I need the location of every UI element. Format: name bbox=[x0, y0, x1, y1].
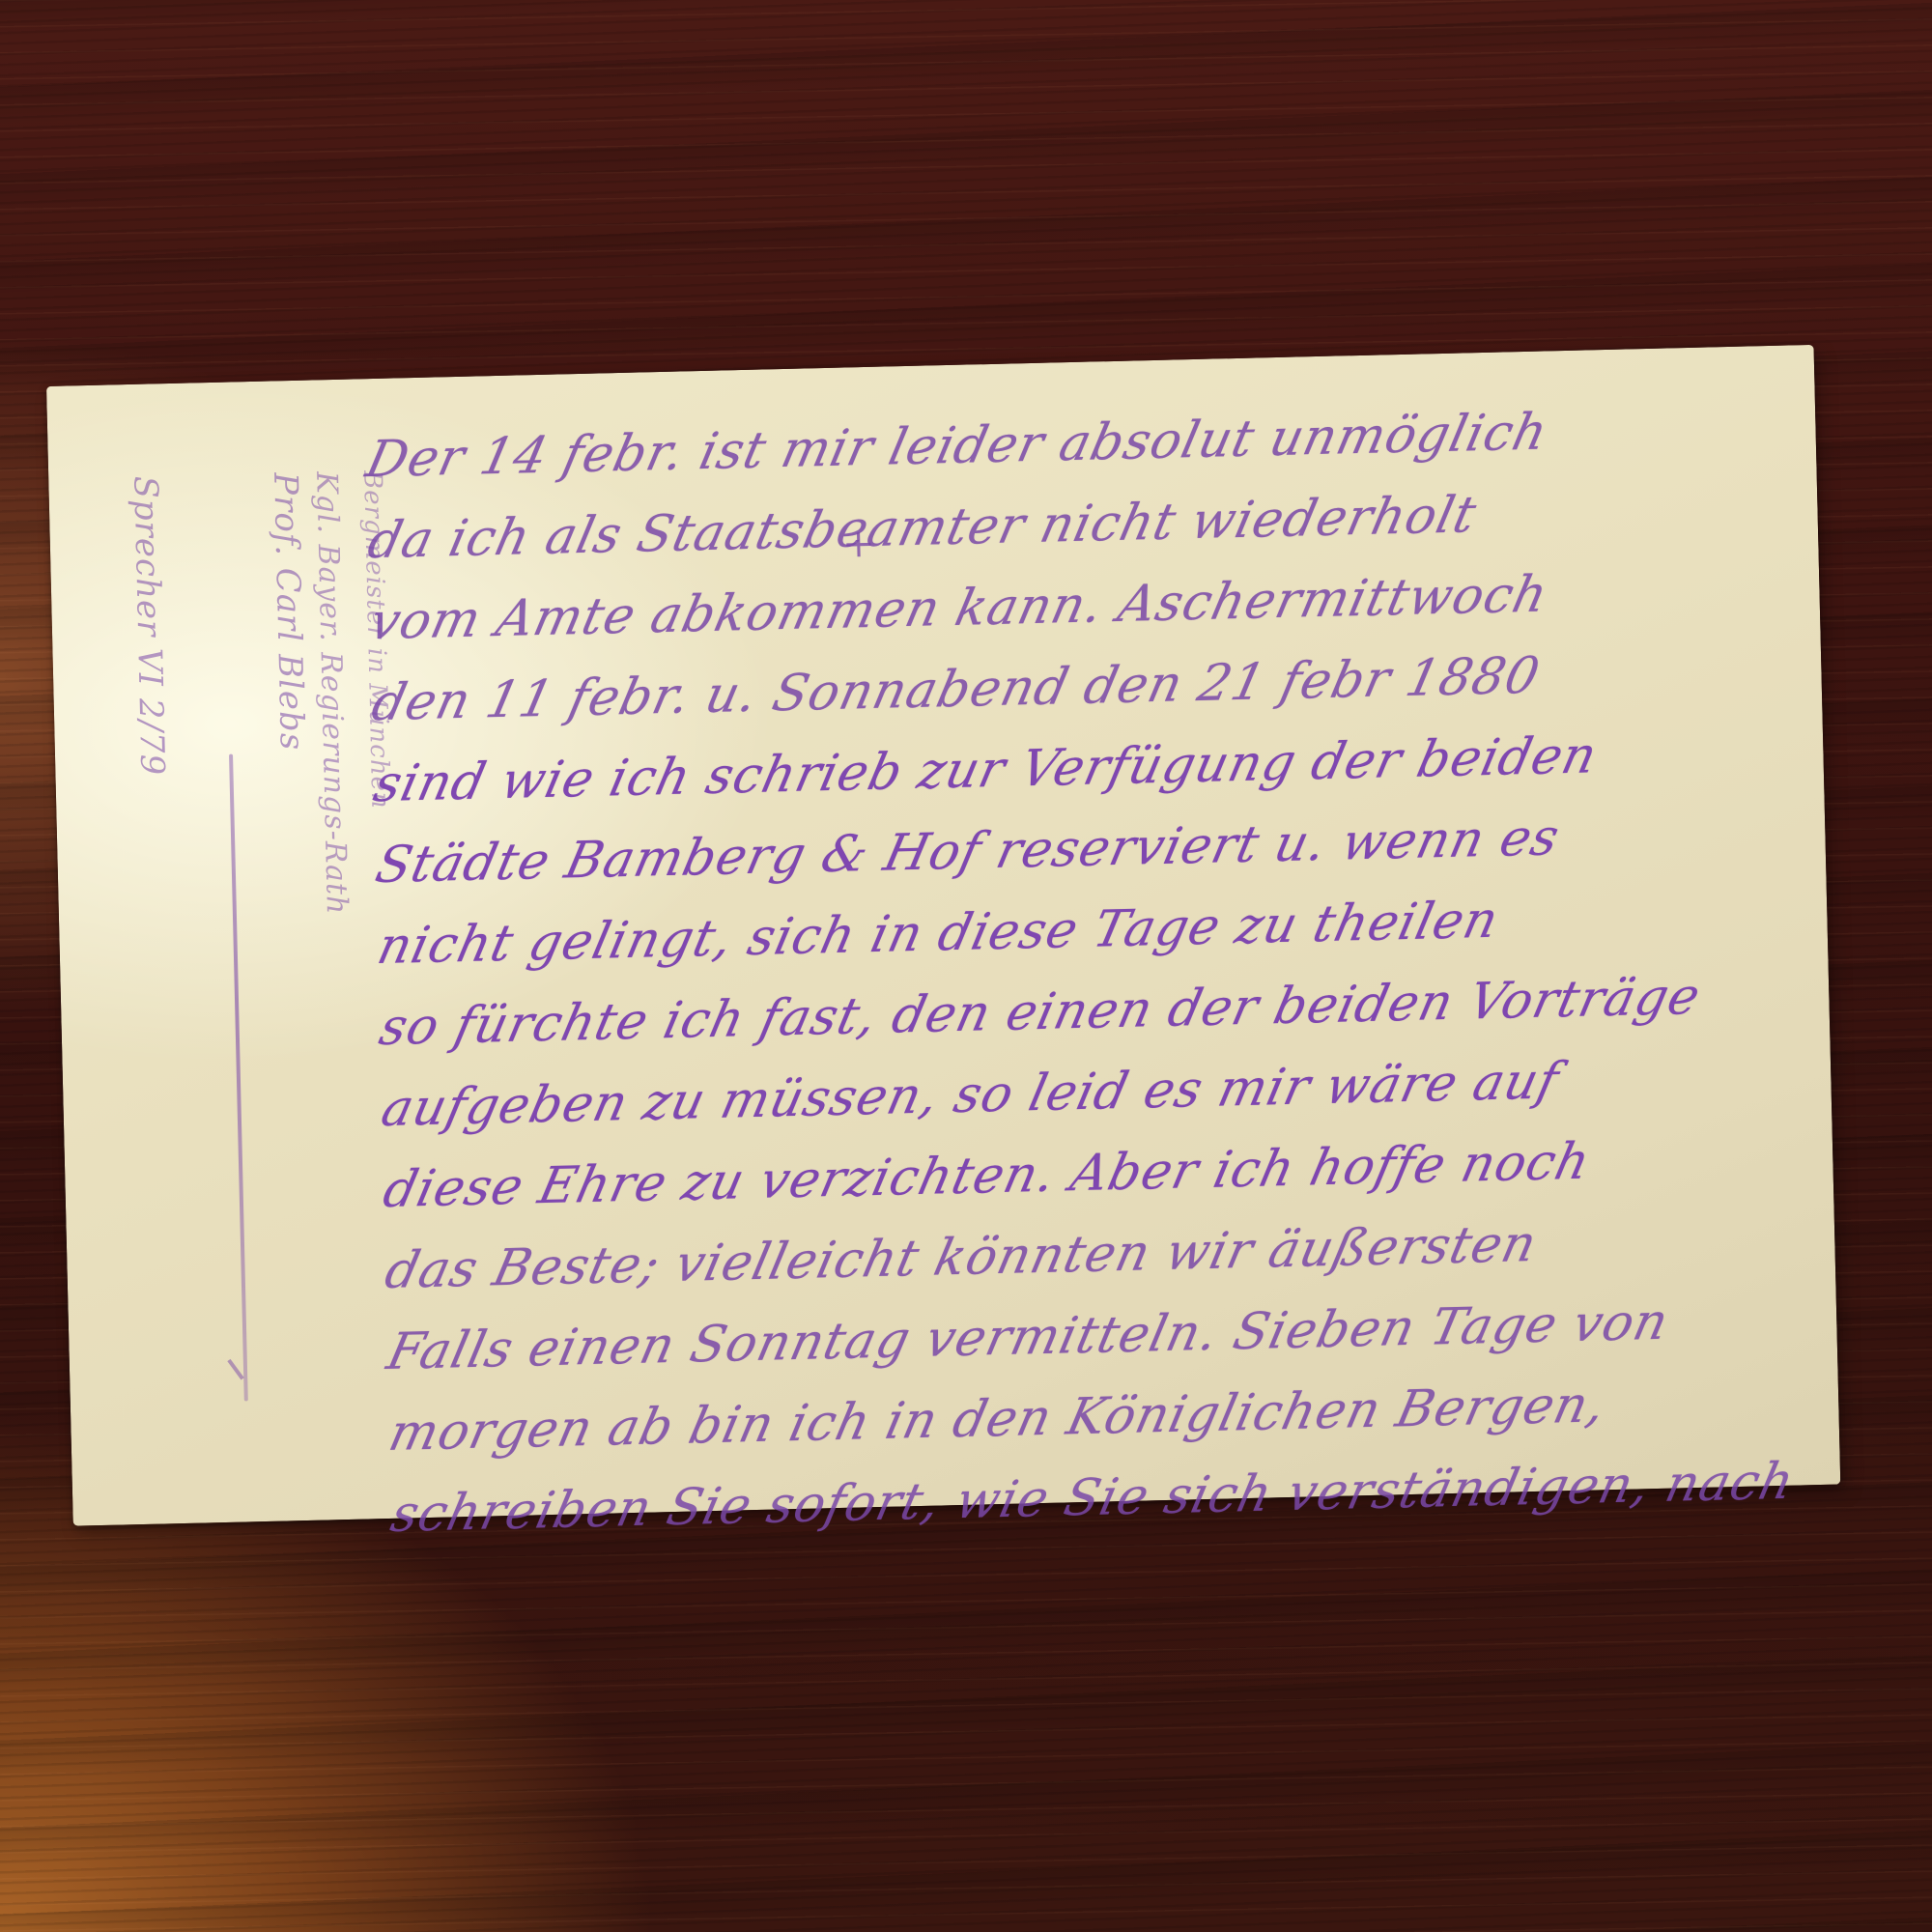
margin-stroke-hook bbox=[227, 1359, 243, 1380]
margin-note-date: Sprecher VI 2/79 bbox=[126, 475, 171, 777]
margin-note-title: Kgl. Bayer. Regierungs-Rath bbox=[309, 471, 354, 916]
insertion-mark: + bbox=[842, 522, 877, 567]
margin-note-signature: Prof. Carl Blebs bbox=[266, 472, 311, 752]
margin-vertical-stroke bbox=[229, 754, 248, 1402]
postcard-body: Der 14 febr. ist mir leider absolut unmö… bbox=[356, 386, 1812, 1556]
postcard: Sprecher VI 2/79 Prof. Carl Blebs Kgl. B… bbox=[46, 345, 1840, 1526]
